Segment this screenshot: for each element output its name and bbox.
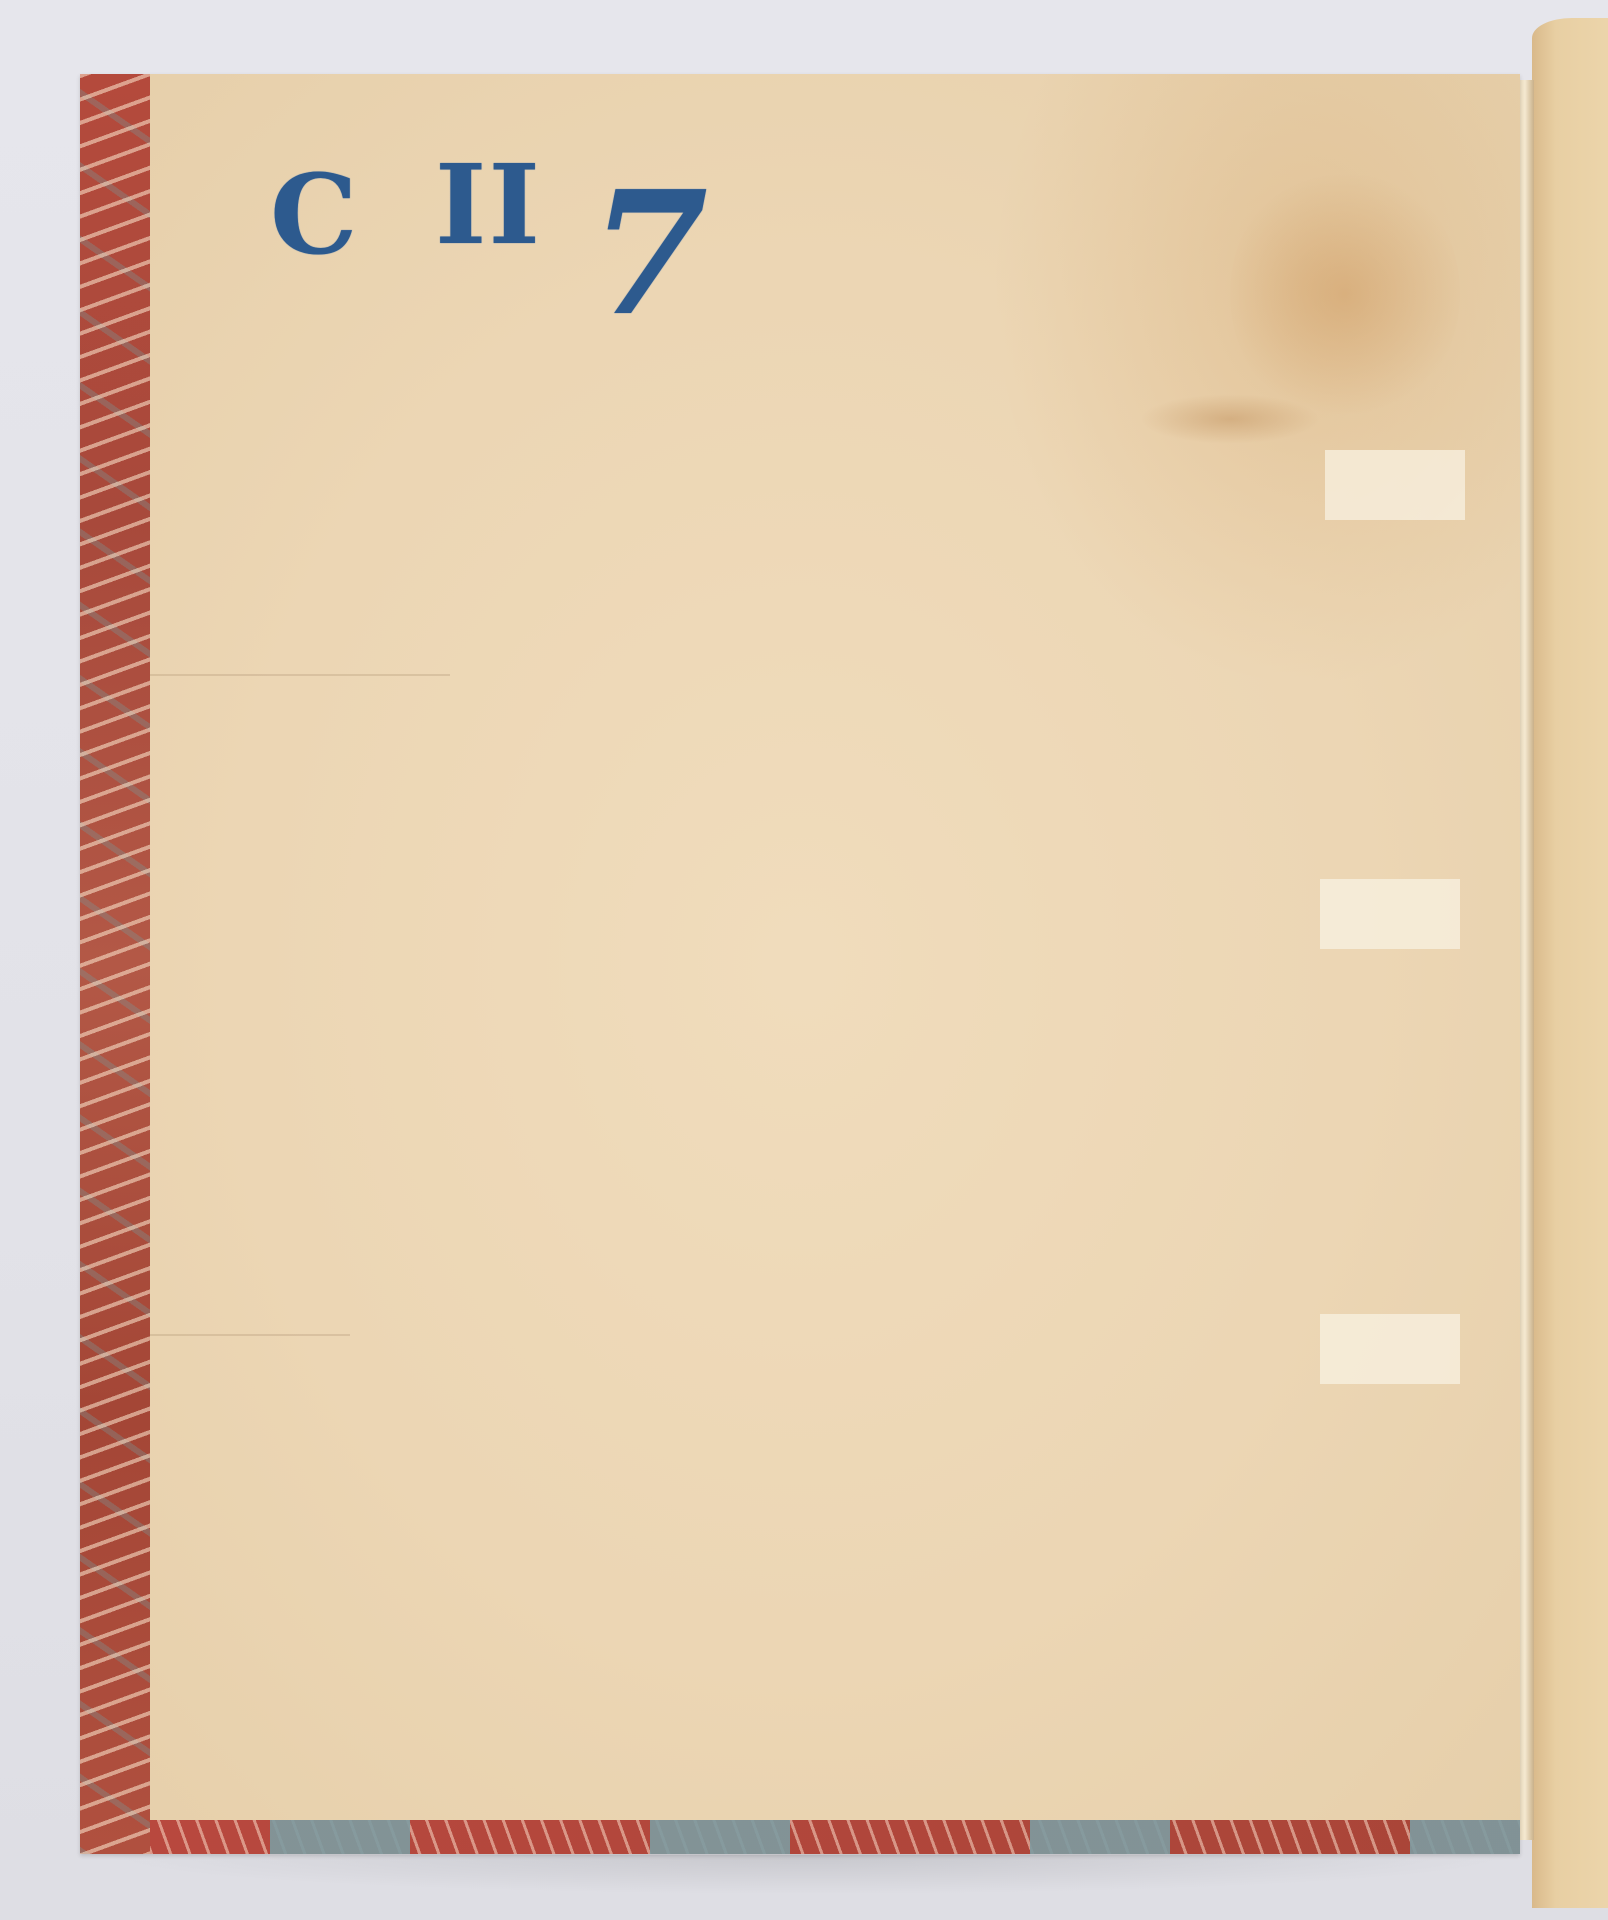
flyleaf-page: C II 7 <box>80 74 1520 1854</box>
facing-page-edge <box>1532 18 1608 1908</box>
shelfmark-letter: C <box>270 150 360 279</box>
repair-patch <box>1325 450 1465 520</box>
page-crease <box>150 674 450 676</box>
page-crease <box>150 1334 350 1336</box>
marbled-spine-edge <box>80 74 150 1854</box>
foxing-stain <box>1230 164 1460 424</box>
shelfmark-roman-numeral: II <box>435 140 542 269</box>
page-shadow <box>90 1855 1530 1895</box>
shelfmark-annotation: C II 7 <box>270 144 770 404</box>
foxing-stain <box>1140 394 1320 444</box>
shelfmark-number: 7 <box>590 154 710 354</box>
repair-patch <box>1320 1314 1460 1384</box>
repair-patch <box>1320 879 1460 949</box>
marbled-bottom-edge <box>150 1820 1520 1854</box>
